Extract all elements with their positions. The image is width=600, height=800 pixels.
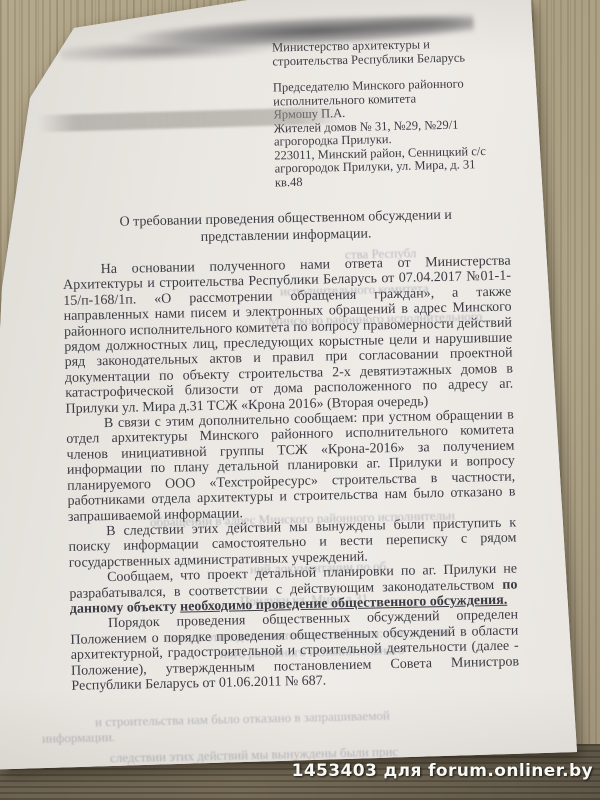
recipient-line: кв.48 xyxy=(275,171,509,189)
toner-smudge xyxy=(59,7,474,64)
recipient-name-line: Ярмошу П.А. xyxy=(273,104,507,122)
demand-underlined-text: необходимо проведение общественного обсу… xyxy=(180,593,508,615)
name-redaction-smear xyxy=(38,107,343,133)
bleedthrough-text: связи с этим дополнительно сообщаем: при… xyxy=(165,625,449,645)
recipient-line: агрогородок Прилуки, ул. Мира, д. 31 xyxy=(274,158,508,176)
bleedthrough-text: и строительства нам было отказано в запр… xyxy=(95,709,390,730)
bleedthrough-text: ний документации по об xyxy=(250,559,386,576)
demand-bold-text: по данному объекту xyxy=(70,577,518,617)
paragraph-refusal: В связи с этим дополнительно сообщаем: п… xyxy=(66,408,516,525)
bleedthrough-text: Прилуки ул. Мира д.31 xyxy=(240,592,368,609)
recipient-line: 223011, Минский район, Сенницкий с/с xyxy=(274,144,508,162)
bleedthrough-text: Минского районного исполнительного xyxy=(268,310,483,329)
letter-body: На основании полученного нами ответа от … xyxy=(63,254,520,695)
recipient-block: Министерство архитектуры и строительства… xyxy=(272,37,509,190)
recipient-line: Жителей домов № 31, №29, №29/1 xyxy=(274,117,508,135)
paragraph-search: В следствии этих действий мы вынуждены б… xyxy=(68,515,517,571)
watermark-text: 1453403 для forum.onliner.by xyxy=(292,761,593,781)
recipient-line: Председателю Минского районного xyxy=(273,77,507,95)
recipient-line: строительства Республики Беларусь xyxy=(272,50,506,68)
document-sheet: Министерство архитектуры и строительства… xyxy=(0,0,600,800)
paragraph-regulation: Порядок проведения общественных обсужден… xyxy=(70,608,520,694)
photo-scene: Министерство архитектуры и строительства… xyxy=(0,0,600,800)
bleedthrough-text: информации. xyxy=(42,730,115,746)
demand-text: Сообщаем, что проект детальной планировк… xyxy=(69,562,517,602)
bleedthrough-text: обращений в адрес Минского районного исп… xyxy=(150,509,455,530)
bleedthrough-text: исполнительного комитета xyxy=(280,281,429,298)
recipient-line: агрогородка Прилуки. xyxy=(274,131,508,149)
letter-content: Министерство архитектуры и строительства… xyxy=(58,37,519,695)
letter-subject: О требовании проведения общественном обс… xyxy=(62,207,511,249)
paragraph-basis: На основании полученного нами ответа от … xyxy=(63,254,514,417)
bleedthrough-text: ного районного исполнительного xyxy=(220,643,405,661)
recipient-line: исполнительного комитета xyxy=(273,90,507,108)
recipient-line: Министерство архитектуры и xyxy=(272,37,506,55)
bleedthrough-text: ства Республ xyxy=(345,246,417,262)
document-sheet-wrapper: Министерство архитектуры и строительства… xyxy=(0,0,600,800)
paragraph-demand: Сообщаем, что проект детальной планировк… xyxy=(69,562,518,618)
